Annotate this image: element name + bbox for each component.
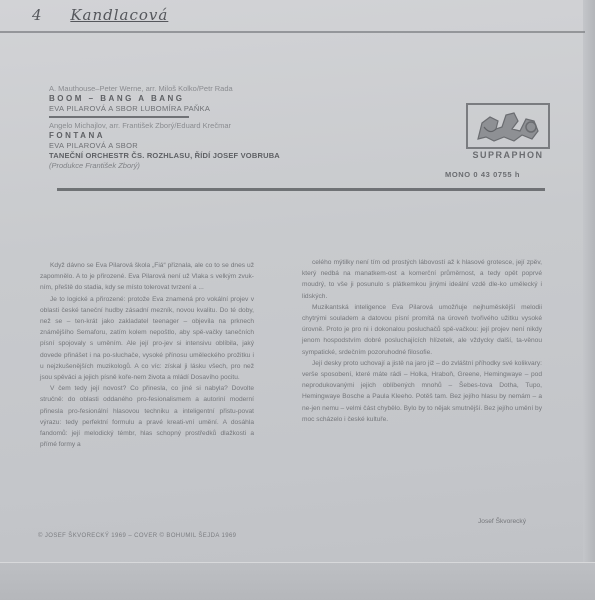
track2-performers: EVA PILAROVÁ A SBOR xyxy=(49,141,349,151)
credits-divider xyxy=(49,116,189,118)
track2-composer: Angelo Michajlov, arr. František Zborý/E… xyxy=(49,121,349,131)
liner-paragraph: celého mýtilky není tím od prostých lábo… xyxy=(302,257,542,302)
liner-paragraph: V čem tedy její novost? Co přinesla, co … xyxy=(40,383,254,450)
handwritten-note: 4 Kandlacová xyxy=(32,6,168,24)
track1-performers: EVA PILAROVÁ A SBOR LUBOMÍRA PAŇKA xyxy=(49,104,349,114)
handwritten-name: Kandlacová xyxy=(70,6,168,24)
catalog-number: MONO 0 43 0755 h xyxy=(445,170,520,179)
author-signature: Josef Škvorecký xyxy=(478,518,526,525)
liner-paragraph: Její desky proto uchovají a jistě na jar… xyxy=(302,358,542,425)
header-divider xyxy=(57,188,545,191)
brand-name: SUPRAPHON xyxy=(466,150,550,160)
track2-title: FONTANA xyxy=(49,131,349,141)
copyright-notice: © JOSEF ŠKVORECKÝ 1969 – COVER © BOHUMIL… xyxy=(38,533,236,539)
liner-paragraph: Muzikantská inteligence Eva Pilarová umo… xyxy=(302,302,542,358)
track1-title: BOOM – BANG A BANG xyxy=(49,94,349,104)
track2-orchestra: TANEČNÍ ORCHESTR ČS. ROZHLASU, ŘÍDÍ JOSE… xyxy=(49,151,349,161)
liner-paragraph: Je to logické a přirozené: protože Eva z… xyxy=(40,294,254,384)
liner-paragraph: Když dávno se Eva Pilarová škola „Fiá“ p… xyxy=(40,260,254,294)
liner-notes-column-1: Když dávno se Eva Pilarová škola „Fiá“ p… xyxy=(40,260,254,450)
track1-composer: A. Mauthouse–Peter Werne, arr. Miloš Kol… xyxy=(49,84,349,94)
track-credits: A. Mauthouse–Peter Werne, arr. Miloš Kol… xyxy=(49,84,349,171)
liner-notes-column-2: celého mýtilky není tím od prostých lábo… xyxy=(302,257,542,425)
sleeve-bottom-fold xyxy=(0,562,595,600)
supraphon-logo xyxy=(466,103,550,149)
track2-production: (Produkce František Zborý) xyxy=(49,161,349,171)
sleeve-right-edge xyxy=(583,0,595,600)
logo-emblem-icon xyxy=(468,105,548,147)
flap-fold-line xyxy=(0,31,585,33)
handwritten-number: 4 xyxy=(32,6,43,24)
